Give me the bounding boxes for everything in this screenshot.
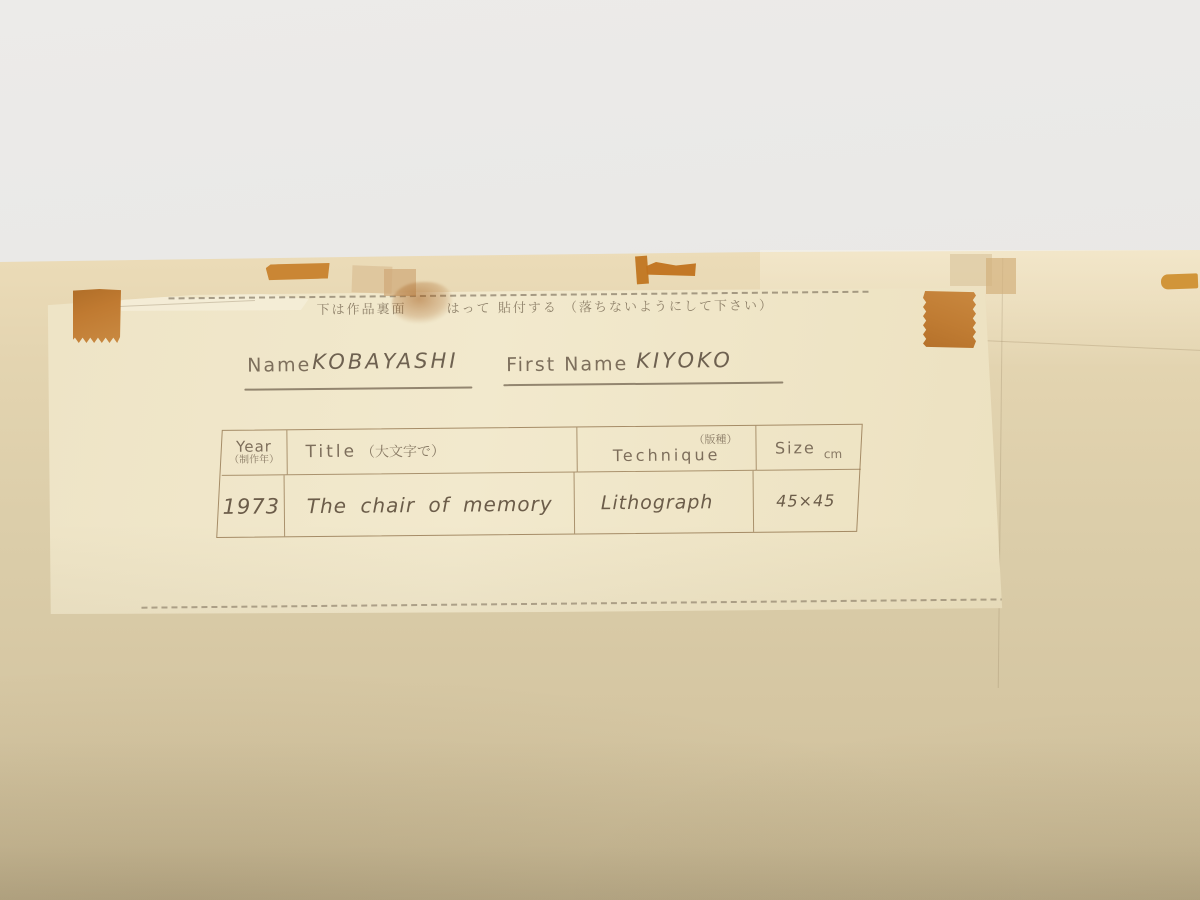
first-name-label: First Name <box>506 353 628 376</box>
header-title-ja: （大文字で） <box>361 441 445 462</box>
cut-line-bottom <box>141 598 1026 608</box>
header-year-ja: （制作年） <box>229 455 279 466</box>
tape-piece-far-right <box>1161 273 1199 289</box>
first-name-underline <box>503 382 783 387</box>
first-name-value: KIYOKO <box>636 348 733 373</box>
header-year-en: Year <box>236 439 272 455</box>
instruction-part2: はって 貼付する <box>447 301 558 317</box>
tape-square-right <box>923 291 976 348</box>
cell-size: 45×45 <box>754 470 859 532</box>
label-sheet: 下は作品裏面はって 貼付する （落ちないようにして下さい） Name KOBAY… <box>45 286 1005 616</box>
name-underline <box>244 387 472 391</box>
tape-square-left <box>73 289 121 343</box>
header-size: Size cm <box>756 425 860 471</box>
label-content: 下は作品裏面はって 貼付する （落ちないようにして下さい） Name KOBAY… <box>43 281 1006 620</box>
header-technique-ja: （版種） <box>693 433 737 444</box>
artwork-info-table: Year （制作年） Title （大文字で） （版種） Technique S… <box>216 424 863 538</box>
header-year: Year （制作年） <box>221 430 287 476</box>
photo-of-artwork-back-label: 下は作品裏面はって 貼付する （落ちないようにして下さい） Name KOBAY… <box>0 0 1200 900</box>
tape-remnant-tan-4 <box>986 258 1016 294</box>
instruction-part3: （落ちないようにして下さい） <box>564 299 774 316</box>
name-row: Name KOBAYASHI First Name KIYOKO <box>44 339 1004 394</box>
cell-technique: Lithograph <box>575 471 755 534</box>
header-title-en: Title <box>305 442 357 462</box>
header-title: Title （大文字で） <box>287 427 577 475</box>
instruction-text: 下は作品裏面はって 貼付する （落ちないようにして下さい） <box>317 295 774 318</box>
header-size-en: Size <box>775 438 816 457</box>
header-technique: （版種） Technique <box>577 426 756 473</box>
cell-title: The chair of memory <box>285 473 576 537</box>
name-label: Name <box>247 354 311 377</box>
tape-piece-top-left <box>266 261 331 281</box>
name-value: KOBAYASHI <box>312 349 459 374</box>
cell-year: 1973 <box>219 475 286 537</box>
header-technique-en: Technique <box>613 447 721 464</box>
header-size-unit: cm <box>824 447 842 461</box>
